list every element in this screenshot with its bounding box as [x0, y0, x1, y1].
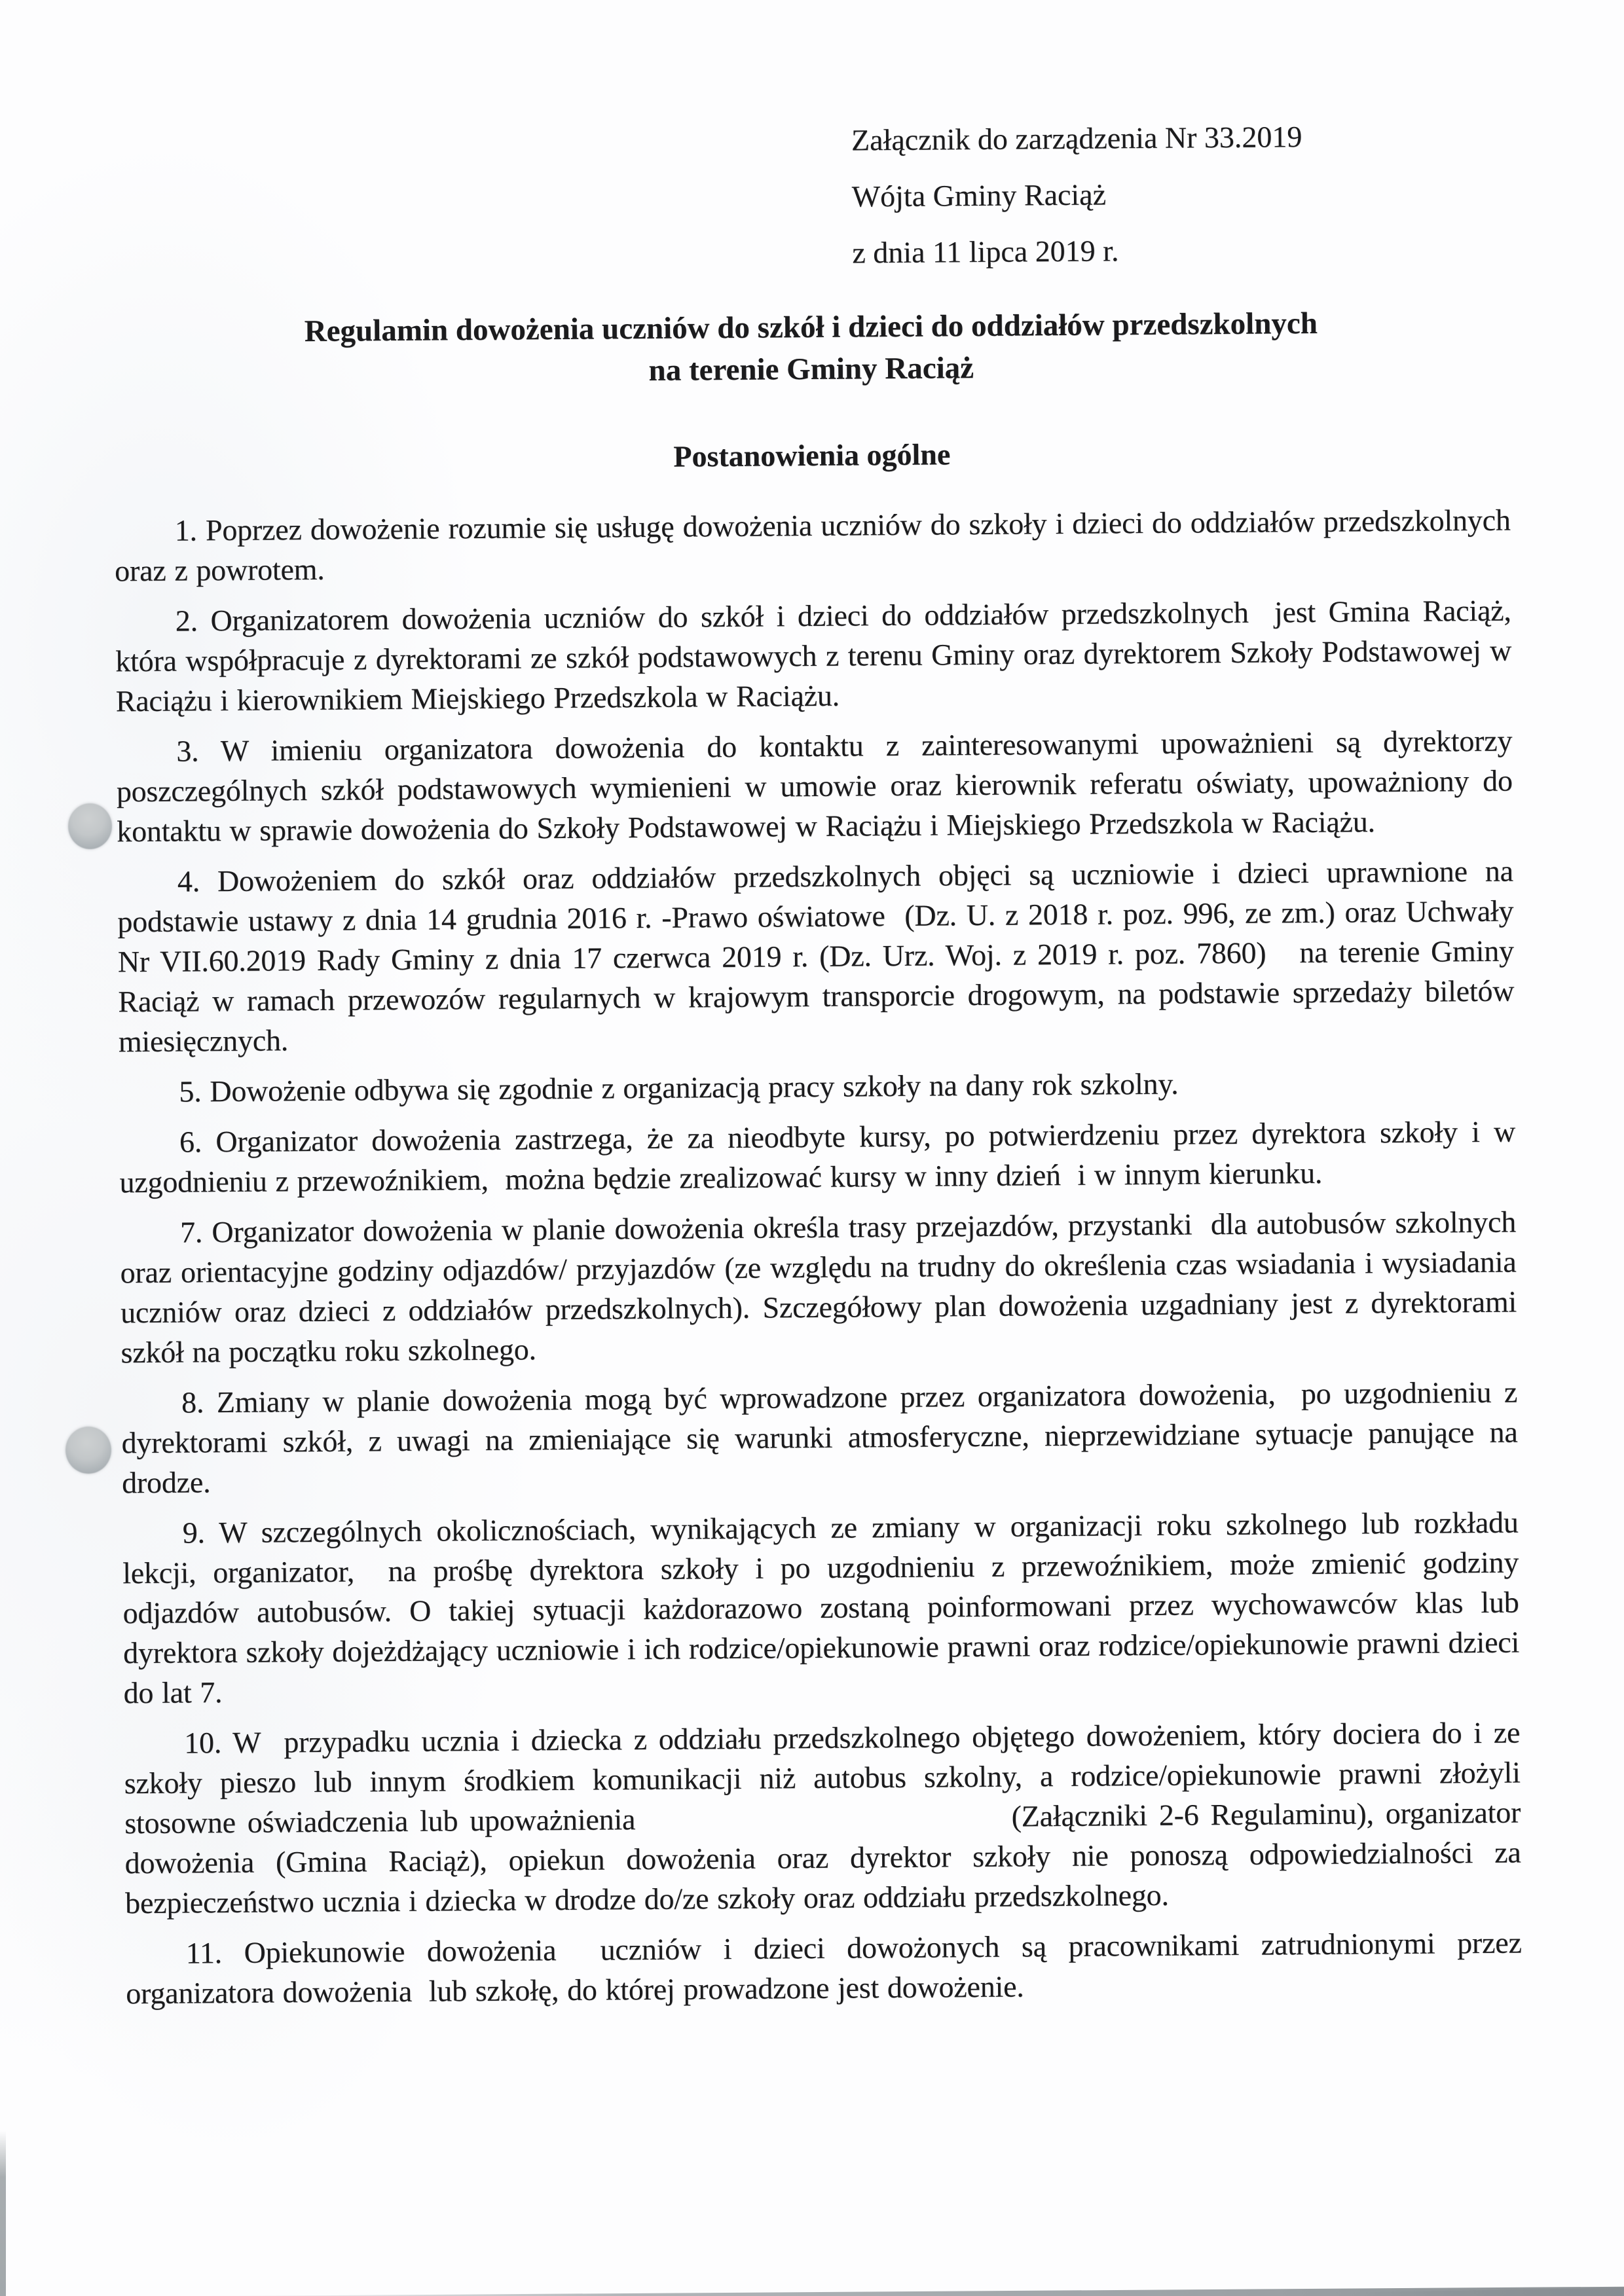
- section-heading: Postanowienia ogólne: [114, 429, 1510, 483]
- scan-edge-left-artifact: [0, 2131, 6, 2296]
- regulation-item-11: 11. Opiekunowie dowożenia uczniów i dzie…: [126, 1923, 1522, 2014]
- regulation-item-7: 7. Organizator dowożenia w planie dowoże…: [120, 1202, 1517, 1373]
- regulation-item-4: 4. Dowożeniem do szkół oraz oddziałów pr…: [117, 851, 1515, 1062]
- issuer-line: Wójta Gminy Raciąż: [851, 164, 1508, 225]
- regulation-item-1: 1. Poprzez dowożenie rozumie się usługę …: [114, 500, 1511, 591]
- attachment-header: Załącznik do zarządzenia Nr 33.2019 Wójt…: [851, 107, 1509, 282]
- hole-punch-mark-bottom: [65, 1427, 111, 1474]
- regulation-item-9: 9. W szczególnych okolicznościach, wynik…: [122, 1503, 1519, 1713]
- regulation-item-5: 5. Dowożenie odbywa się zgodnie z organi…: [119, 1061, 1515, 1112]
- hole-punch-mark-top: [68, 803, 112, 849]
- regulation-item-3: 3. W imieniu organizatora dowożenia do k…: [116, 721, 1513, 852]
- attachment-reference-line: Załącznik do zarządzenia Nr 33.2019: [851, 107, 1508, 169]
- document-content: Załącznik do zarządzenia Nr 33.2019 Wójt…: [0, 0, 1624, 2014]
- regulation-item-8: 8. Zmiany w planie dowożenia mogą być wp…: [121, 1372, 1518, 1503]
- scanned-document-page: Załącznik do zarządzenia Nr 33.2019 Wójt…: [0, 0, 1624, 2296]
- regulation-item-2: 2. Organizatorem dowożenia uczniów do sz…: [115, 591, 1512, 721]
- regulation-item-6: 6. Organizator dowożenia zastrzega, że z…: [119, 1112, 1516, 1203]
- regulation-item-10: 10. W przypadku ucznia i dziecka z oddzi…: [124, 1713, 1521, 1923]
- document-title: Regulamin dowożenia uczniów do szkół i d…: [113, 301, 1509, 396]
- regulation-body: 1. Poprzez dowożenie rozumie się usługę …: [114, 500, 1522, 2014]
- date-line: z dnia 11 lipca 2019 r.: [852, 220, 1509, 282]
